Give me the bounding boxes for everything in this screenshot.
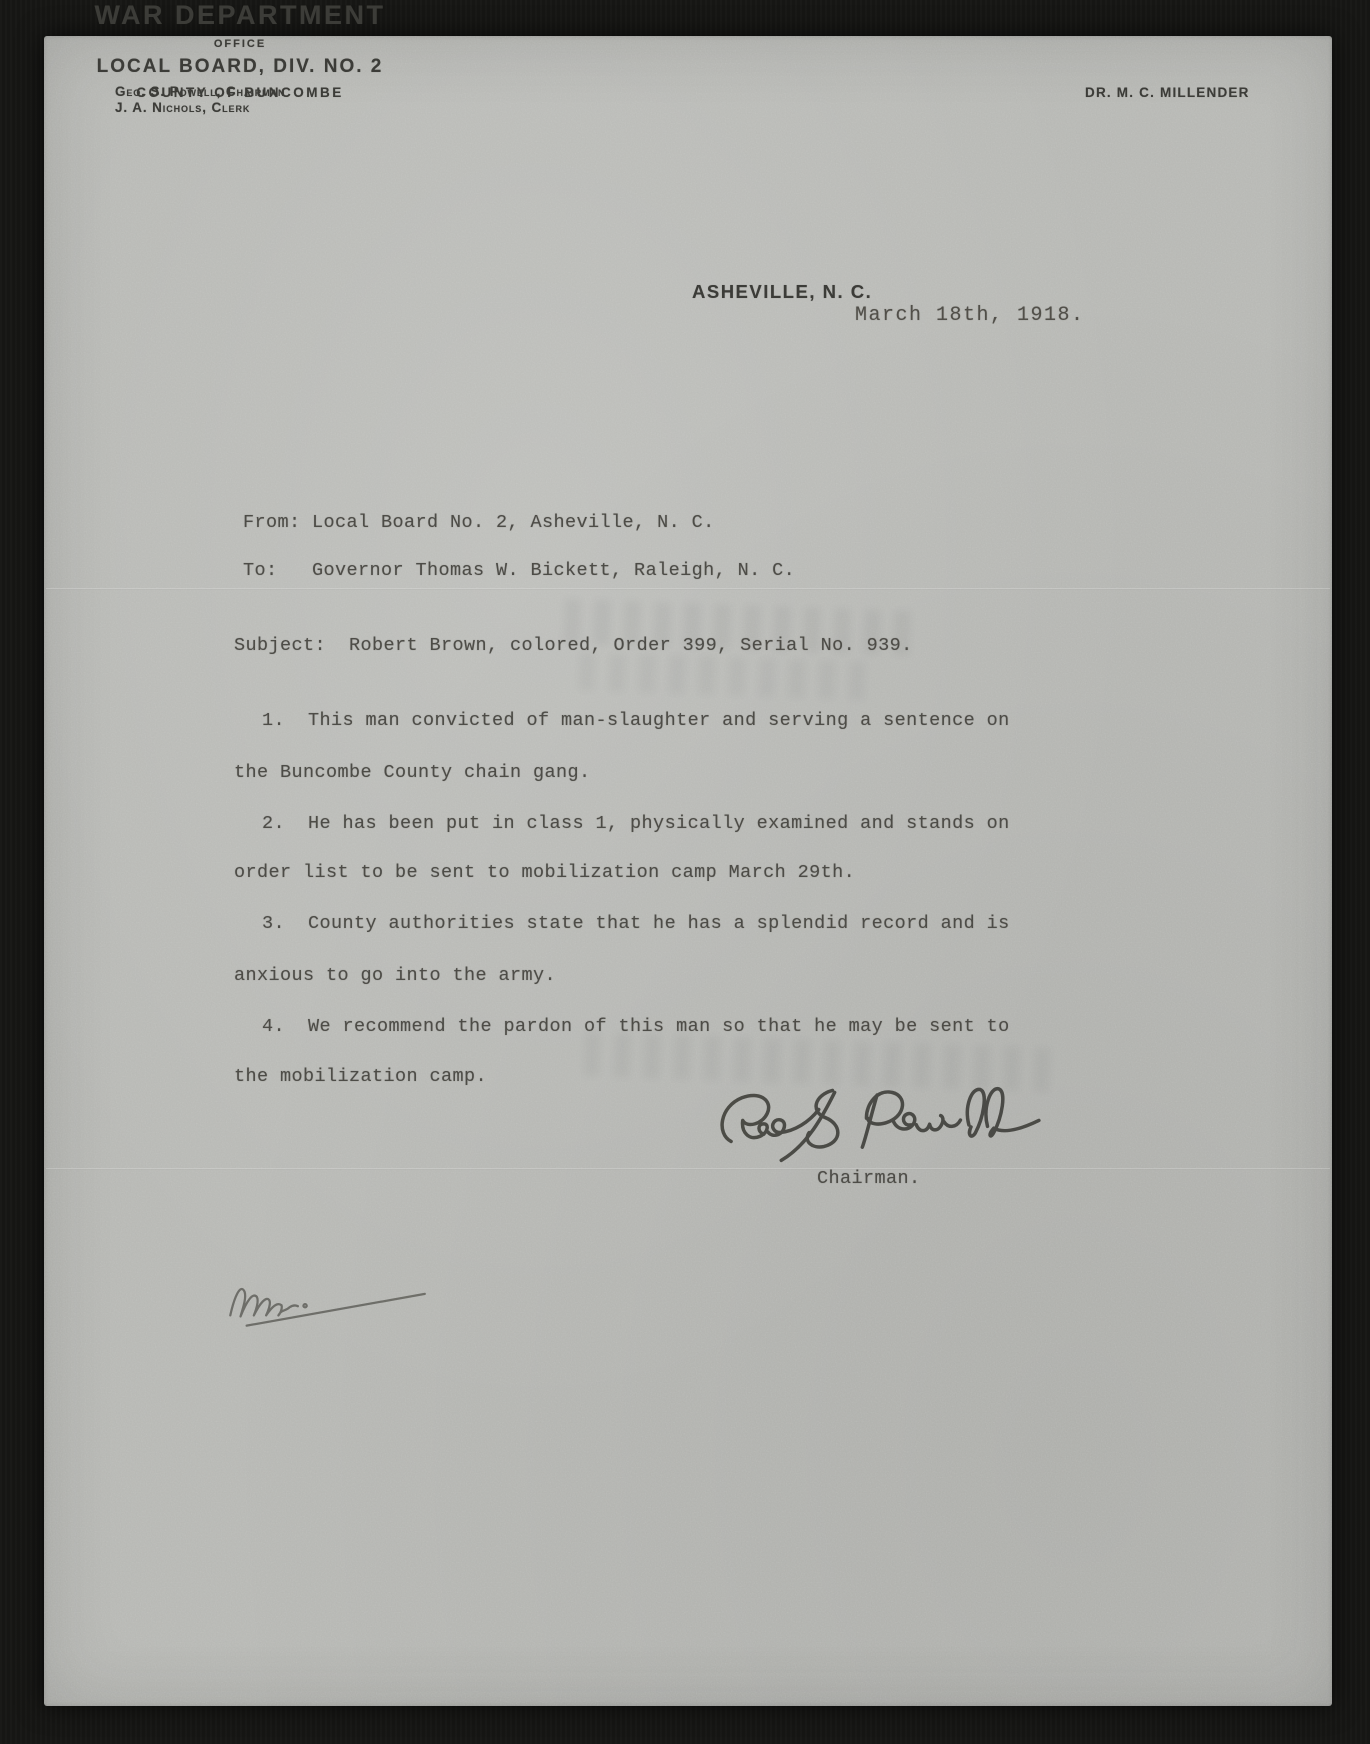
- letterhead-office: OFFICE: [0, 38, 480, 50]
- paragraph-1-line-1: 1. This man convicted of man-slaughter a…: [262, 710, 1010, 731]
- paragraph-1-line-2: the Buncombe County chain gang.: [234, 762, 591, 783]
- to-line: To: Governor Thomas W. Bickett, Raleigh,…: [243, 560, 795, 581]
- paragraph-2-line-2: order list to be sent to mobilization ca…: [234, 862, 855, 883]
- paragraph-4-line-2: the mobilization camp.: [234, 1066, 487, 1087]
- letterhead-county: COUNTY OF BUNCOMBE: [0, 85, 480, 100]
- paragraph-2-line-1: 2. He has been put in class 1, physicall…: [262, 813, 1010, 834]
- signature-handwriting: [711, 1076, 1044, 1171]
- subject-line: Subject: Robert Brown, colored, Order 39…: [234, 635, 913, 656]
- paragraph-3-line-1: 3. County authorities state that he has …: [262, 913, 1010, 934]
- paragraph-3-line-2: anxious to go into the army.: [234, 965, 556, 986]
- official-right-name: DR. M. C. MILLENDER: [1085, 85, 1250, 100]
- from-line: From: Local Board No. 2, Asheville, N. C…: [243, 512, 715, 533]
- official-clerk-name: J. A. Nichols, Clerk: [115, 100, 285, 116]
- scan-background: Geo. S. Powell, Chairman J. A. Nichols, …: [0, 0, 1370, 1744]
- letterhead-department: WAR DEPARTMENT: [0, 0, 480, 31]
- letterhead-board: LOCAL BOARD, DIV. NO. 2: [0, 56, 480, 78]
- pencil-note-handwriting: [218, 1262, 433, 1334]
- letter-date: March 18th, 1918.: [855, 304, 1085, 327]
- signature-title: Chairman.: [817, 1168, 921, 1189]
- paragraph-4-line-1: 4. We recommend the pardon of this man s…: [262, 1016, 1010, 1037]
- letterhead-city: ASHEVILLE, N. C.: [692, 281, 872, 303]
